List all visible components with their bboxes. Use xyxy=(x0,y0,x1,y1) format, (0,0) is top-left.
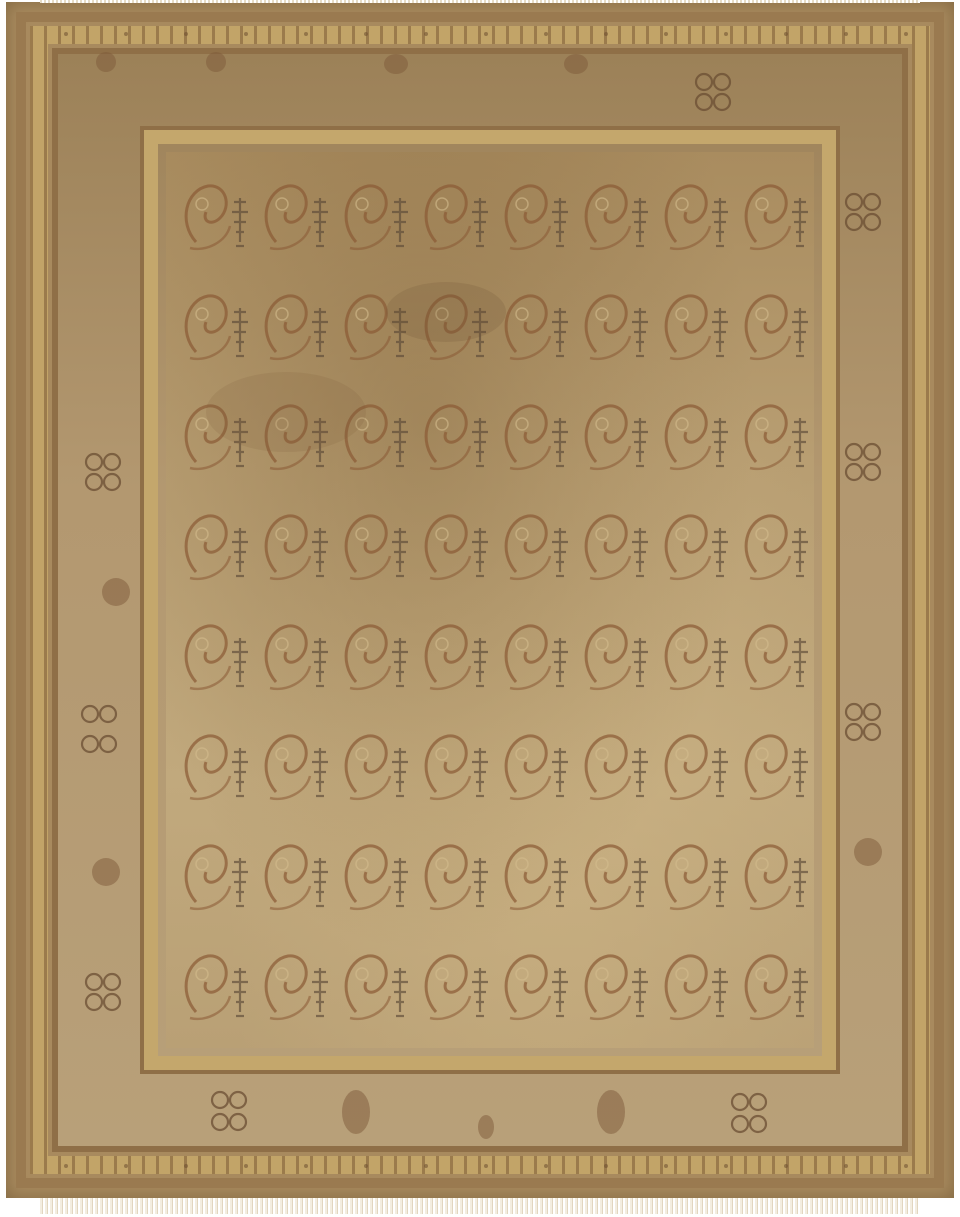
rug xyxy=(6,2,954,1198)
top-fringe xyxy=(40,0,920,3)
paisley-field xyxy=(166,152,814,1048)
bottom-fringe xyxy=(40,1198,920,1214)
paisley-pattern-art xyxy=(166,152,814,1048)
